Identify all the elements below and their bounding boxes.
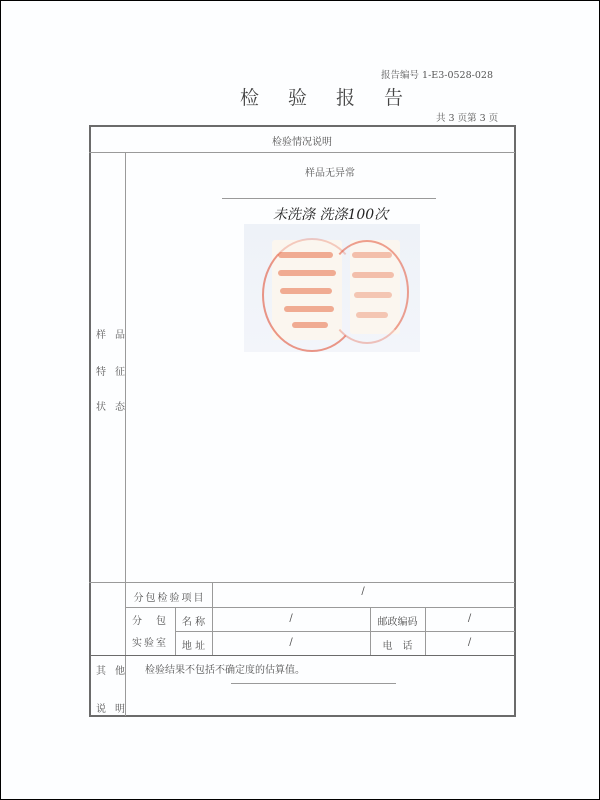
other-notes-text: 检验结果不包括不确定度的估算值。 [145,661,305,676]
other-notes-label: 其他 [96,662,126,677]
sample-label-line: 特征 [96,363,126,378]
page-count: 共 3 页第 3 页 [436,110,498,124]
sample-label-line: 状态 [96,398,126,413]
status-underline [222,198,436,199]
sample-label-line: 样品 [96,326,126,341]
subcontract-items-label: 分包检验项目 [127,589,212,604]
column-divider [125,152,126,716]
title-char: 验 [288,83,336,110]
section-header: 检验情况说明 [89,133,515,148]
row-divider [89,655,515,656]
title-char: 报 [336,83,384,110]
name-label: 名 称 [175,613,212,628]
address-label: 地 址 [175,637,212,652]
notes-underline [231,683,396,684]
title-char: 告 [384,83,432,110]
row-divider [89,152,515,153]
title-char: 检 [240,83,288,110]
row-divider [89,582,515,583]
phone-value: / [425,637,514,648]
stamp-ring [325,240,409,344]
row-divider [175,631,515,632]
subcontract-lab-label: 实验室 [125,634,175,649]
table-border-bottom [89,715,515,717]
report-number: 报告编号 1-E3-0528-028 [381,67,493,81]
postcode-value: / [425,613,514,624]
page-title: 检验报告 [240,83,432,110]
subcontract-items-value: / [212,586,514,597]
name-value: / [212,613,370,624]
table-border-left [89,125,91,717]
other-notes-label: 说明 [96,700,126,715]
table-border-top [89,125,515,127]
table-border-right [514,125,516,717]
subcontract-lab-label: 分 包 [125,612,175,627]
phone-label: 电 话 [370,637,425,652]
row-divider [125,607,515,608]
photo-caption: 未洗涤 洗涤100次 [273,204,388,224]
postcode-label: 邮政编码 [370,613,425,628]
address-value: / [212,637,370,648]
sample-status: 样品无异常 [125,164,535,179]
